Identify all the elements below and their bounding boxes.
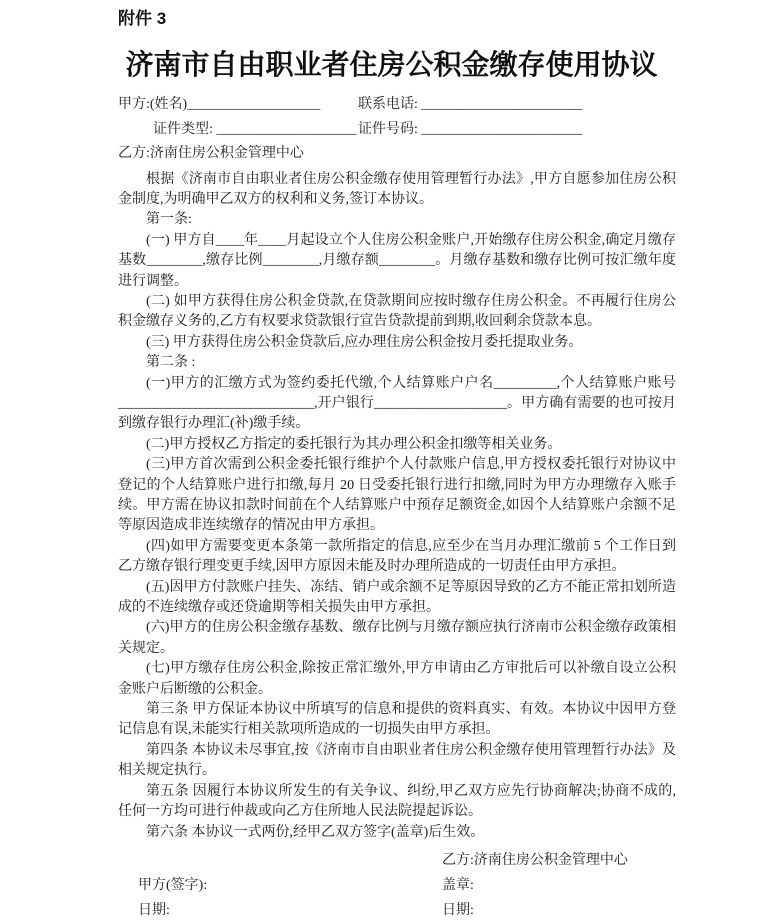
party-a-label: 甲方:(姓名) (118, 97, 187, 112)
article-2-item-5: (五)因甲方付款账户挂失、冻结、销户或余额不足等原因导致的乙方不能正常扣划所造成… (118, 578, 676, 619)
article-3-paragraph: 第三条 甲方保证本协议中所填写的信息和提供的资料真实、有效。本协议中因甲方登记信… (118, 700, 676, 741)
article-2-item-4: (四)如甲方需要变更本条第一款所指定的信息,应至少在当月办理汇缴前 5 个工作日… (118, 537, 676, 578)
party-a-name-row: 甲方:(姓名)___________________ 联系电话: _______… (118, 93, 676, 118)
party-b-row: 乙方:济南住房公积金管理中心 (118, 142, 676, 167)
id-number-blank: _______________________ (421, 122, 582, 137)
phone-cell: 联系电话: _______________________ (358, 93, 676, 118)
phone-label: 联系电话: (358, 97, 418, 112)
id-type-cell: 证件类型: ____________________ (118, 118, 358, 143)
article-1-heading: 第一条: (118, 210, 676, 230)
article-4-paragraph: 第四条 本协议未尽事宜,按《济南市自由职业者住房公积金缴存使用管理暂行办法》及相… (118, 741, 676, 782)
signature-party-b-line: 乙方:济南住房公积金管理中心 (442, 848, 676, 873)
document-content: 甲方:(姓名)___________________ 联系电话: _______… (118, 93, 676, 920)
document-title: 济南市自由职业者住房公积金缴存使用协议 (0, 46, 783, 84)
article-2-item-7: (七)甲方缴存住房公积金,除按正常汇缴外,甲方申请由乙方审批后可以补缴自设立公积… (118, 659, 676, 700)
signature-spacer (138, 848, 442, 873)
party-b-line: 乙方:济南住房公积金管理中心 (118, 142, 304, 167)
party-b-seal-label: 盖章: (442, 873, 676, 898)
article-1-item-1: (一) 甲方自____年____月起设立个人住房公积金账户,开始缴存住房公积金,… (118, 231, 676, 292)
preamble-paragraph: 根据《济南市自由职业者住房公积金缴存使用管理暂行办法》,甲方自愿参加住房公积金制… (118, 170, 676, 211)
article-2-heading: 第二条 : (118, 353, 676, 373)
party-b-date-label: 日期: (442, 898, 676, 920)
party-a-sign-label: 甲方(签字): (138, 873, 442, 898)
article-5-paragraph: 第五条 因履行本协议所发生的有关争议、纠纷,甲乙双方应先行协商解决;协商不成的,… (118, 782, 676, 823)
party-a-name-cell: 甲方:(姓名)___________________ (118, 93, 358, 118)
article-2-item-2: (二)甲方授权乙方指定的委托银行为其办理公积金扣缴等相关业务。 (118, 435, 676, 455)
id-number-label: 证件号码: (358, 122, 418, 137)
party-a-name-blank: ___________________ (187, 97, 320, 112)
article-2-item-6: (六)甲方的住房公积金缴存基数、缴存比例与月缴存额应执行济南市公积金缴存政策相关… (118, 618, 676, 659)
signature-party-b-row: 乙方:济南住房公积金管理中心 (138, 848, 676, 873)
signature-sign-row: 甲方(签字): 盖章: (138, 873, 676, 898)
signature-date-row: 日期: 日期: (138, 898, 676, 920)
party-a-date-label: 日期: (138, 898, 442, 920)
id-type-blank: ____________________ (216, 122, 356, 137)
article-2-item-1: (一)甲方的汇缴方式为签约委托代缴,个人结算账户户名_________,个人结算… (118, 374, 676, 435)
id-type-label: 证件类型: (153, 122, 213, 137)
article-6-paragraph: 第六条 本协议一式两份,经甲乙双方签字(盖章)后生效。 (118, 823, 676, 843)
article-2-item-3: (三)甲方首次需到公积金委托银行维护个人付款账户信息,甲方授权委托银行对协议中登… (118, 455, 676, 537)
agreement-body: 根据《济南市自由职业者住房公积金缴存使用管理暂行办法》,甲方自愿参加住房公积金制… (118, 170, 676, 843)
parties-header: 甲方:(姓名)___________________ 联系电话: _______… (118, 93, 676, 167)
id-number-cell: 证件号码: _______________________ (358, 118, 676, 143)
party-a-id-row: 证件类型: ____________________ 证件号码: _______… (118, 118, 676, 143)
agreement-document-page: 附件 3 济南市自由职业者住房公积金缴存使用协议 甲方:(姓名)________… (0, 0, 783, 920)
article-1-item-2: (二) 如甲方获得住房公积金贷款,在贷款期间应按时缴存住房公积金。不再履行住房公… (118, 292, 676, 333)
article-1-item-3: (三) 甲方获得住房公积金贷款后,应办理住房公积金按月委托提取业务。 (118, 333, 676, 353)
phone-blank: _______________________ (421, 97, 582, 112)
signature-block: 乙方:济南住房公积金管理中心 甲方(签字): 盖章: 日期: 日期: (138, 848, 676, 920)
attachment-label: 附件 3 (118, 8, 783, 30)
